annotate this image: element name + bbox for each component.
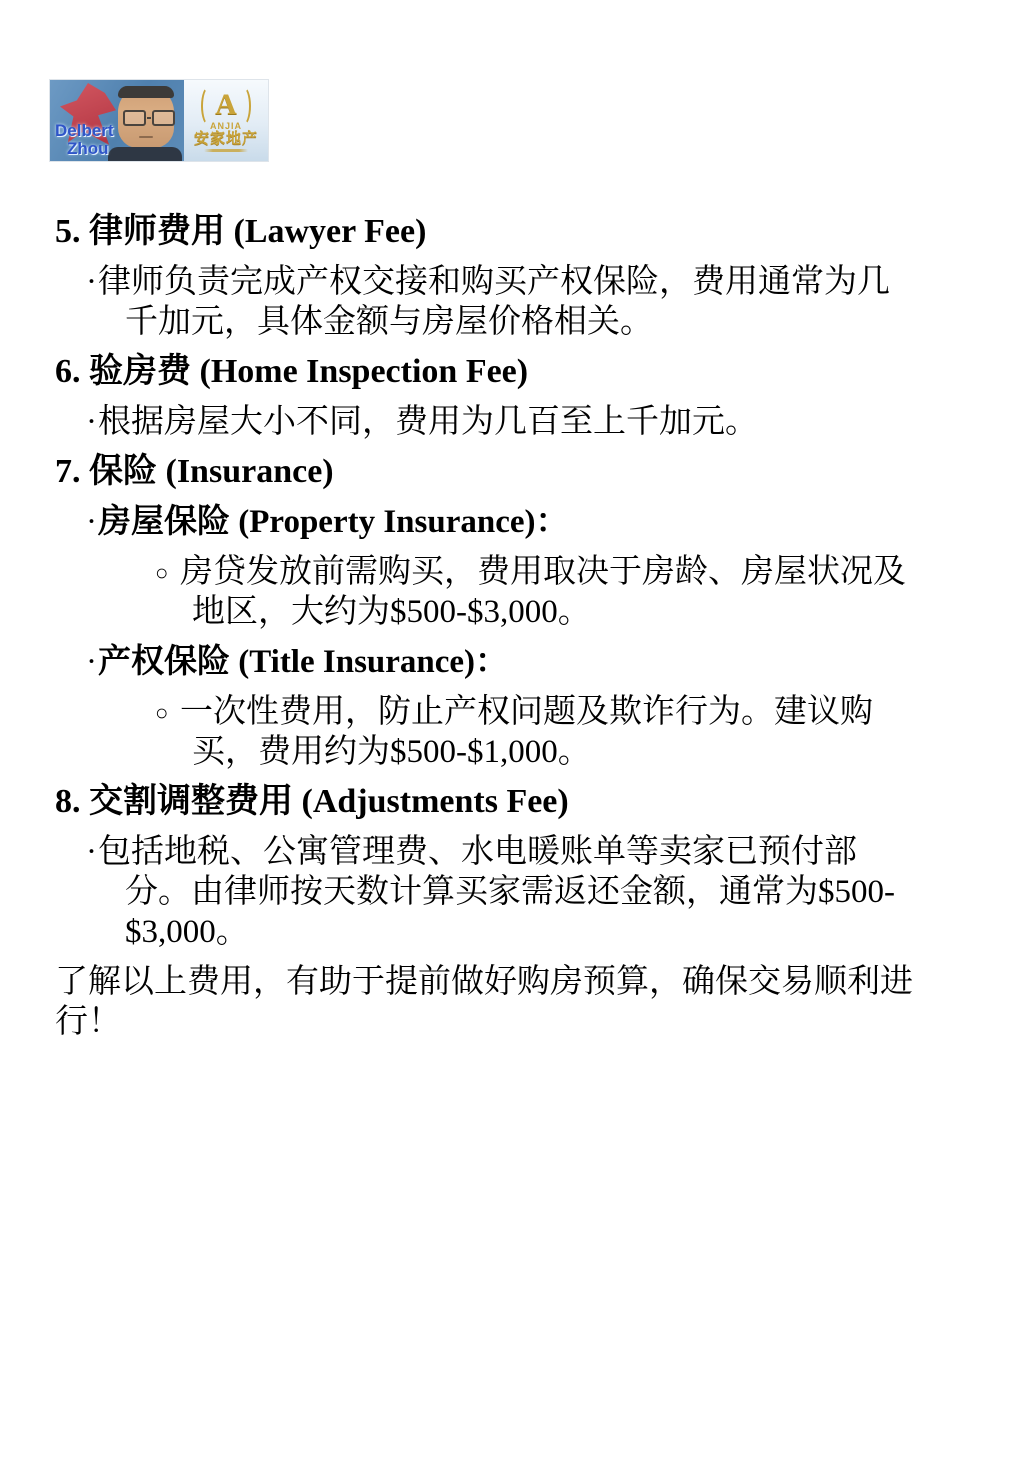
logo-photo-panel: Delbert Zhou: [50, 80, 184, 161]
brand-logo: Delbert Zhou A ANJIA 安家地产: [50, 80, 268, 161]
text-line: 分。由律师按天数计算买家需返还金额，通常为$500-: [55, 872, 970, 912]
text-line: 行！: [55, 1002, 970, 1042]
agent-face: [118, 86, 174, 148]
text-line: 千加元，具体金额与房屋价格相关。: [55, 302, 970, 342]
text-line: · 律师负责完成产权交接和购买产权保险，费用通常为几: [55, 262, 970, 302]
agent-shoulders: [108, 147, 182, 161]
closing-paragraph: 了解以上费用，有助于提前做好购房预算，确保交易顺利进 行！: [55, 962, 970, 1042]
bullet-item-property-insurance: · 房屋保险 (Property Insurance)：: [55, 502, 970, 542]
text: 产权保险 (Title Insurance)：: [98, 644, 508, 680]
agent-mouth: [139, 136, 153, 138]
agent-first-name: Delbert: [55, 122, 114, 140]
emblem-decorative-line: [204, 149, 248, 152]
text: 房屋保险 (Property Insurance)：: [98, 504, 569, 540]
text: 律师负责完成产权交接和购买产权保险，费用通常为几: [98, 264, 890, 300]
text-line: · 产权保险 (Title Insurance)：: [55, 642, 970, 682]
agent-name: Delbert Zhou: [55, 122, 114, 158]
bullet-dot-icon: ·: [86, 502, 97, 542]
agent-photo: [108, 84, 182, 161]
section-heading-adjustments-fee: 8. 交割调整费用 (Adjustments Fee): [55, 782, 970, 822]
section-heading-lawyer-fee: 5. 律师费用 (Lawyer Fee): [55, 212, 970, 252]
text-line: $3,000。: [55, 912, 970, 952]
text: 包括地税、公寓管理费、水电暖账单等卖家已预付部: [98, 834, 857, 870]
laurel-a-emblem-icon: A: [201, 90, 251, 120]
bullet-dot-icon: ·: [86, 262, 97, 302]
text-line: · 根据房屋大小不同，费用为几百至上千加元。: [55, 402, 970, 442]
bullet-dot-icon: ·: [86, 402, 97, 442]
text-line: 买，费用约为$500-$1,000。: [55, 732, 970, 772]
text-line: 了解以上费用，有助于提前做好购房预算，确保交易顺利进: [55, 962, 970, 1002]
emblem-panel: A ANJIA 安家地产: [184, 80, 268, 161]
text-line: ○ 一次性费用，防止产权问题及欺诈行为。建议购: [55, 692, 970, 732]
text: 一次性费用，防止产权问题及欺诈行为。建议购: [180, 694, 873, 730]
bullet-item: · 根据房屋大小不同，费用为几百至上千加元。: [55, 402, 970, 442]
bullet-dot-icon: ·: [86, 642, 97, 682]
sub-bullet-item: ○ 房贷发放前需购买，费用取决于房龄、房屋状况及 地区，大约为$500-$3,0…: [55, 552, 970, 632]
bullet-item: · 律师负责完成产权交接和购买产权保险，费用通常为几 千加元，具体金额与房屋价格…: [55, 262, 970, 342]
text: 根据房屋大小不同，费用为几百至上千加元。: [98, 404, 758, 440]
document-content: 5. 律师费用 (Lawyer Fee) · 律师负责完成产权交接和购买产权保险…: [55, 212, 970, 1052]
sub-bullet-item: ○ 一次性费用，防止产权问题及欺诈行为。建议购 买，费用约为$500-$1,00…: [55, 692, 970, 772]
agent-last-name: Zhou: [55, 140, 114, 158]
circle-bullet-icon: ○: [155, 553, 168, 593]
section-heading-home-inspection-fee: 6. 验房费 (Home Inspection Fee): [55, 352, 970, 392]
section-heading-insurance: 7. 保险 (Insurance): [55, 452, 970, 492]
bullet-dot-icon: ·: [86, 832, 97, 872]
bullet-item: · 包括地税、公寓管理费、水电暖账单等卖家已预付部 分。由律师按天数计算买家需返…: [55, 832, 970, 952]
text-line: ○ 房贷发放前需购买，费用取决于房龄、房屋状况及: [55, 552, 970, 592]
text-line: 地区，大约为$500-$3,000。: [55, 592, 970, 632]
bullet-item-title-insurance: · 产权保险 (Title Insurance)：: [55, 642, 970, 682]
glasses-icon: [123, 110, 175, 126]
circle-bullet-icon: ○: [155, 693, 168, 733]
text-line: · 包括地税、公寓管理费、水电暖账单等卖家已预付部: [55, 832, 970, 872]
document-page: Delbert Zhou A ANJIA 安家地产 5. 律师费用 (Lawye…: [0, 0, 1024, 1473]
text-line: · 房屋保险 (Property Insurance)：: [55, 502, 970, 542]
emblem-chinese-label: 安家地产: [194, 131, 258, 147]
text: 房贷发放前需购买，费用取决于房龄、房屋状况及: [180, 554, 906, 590]
